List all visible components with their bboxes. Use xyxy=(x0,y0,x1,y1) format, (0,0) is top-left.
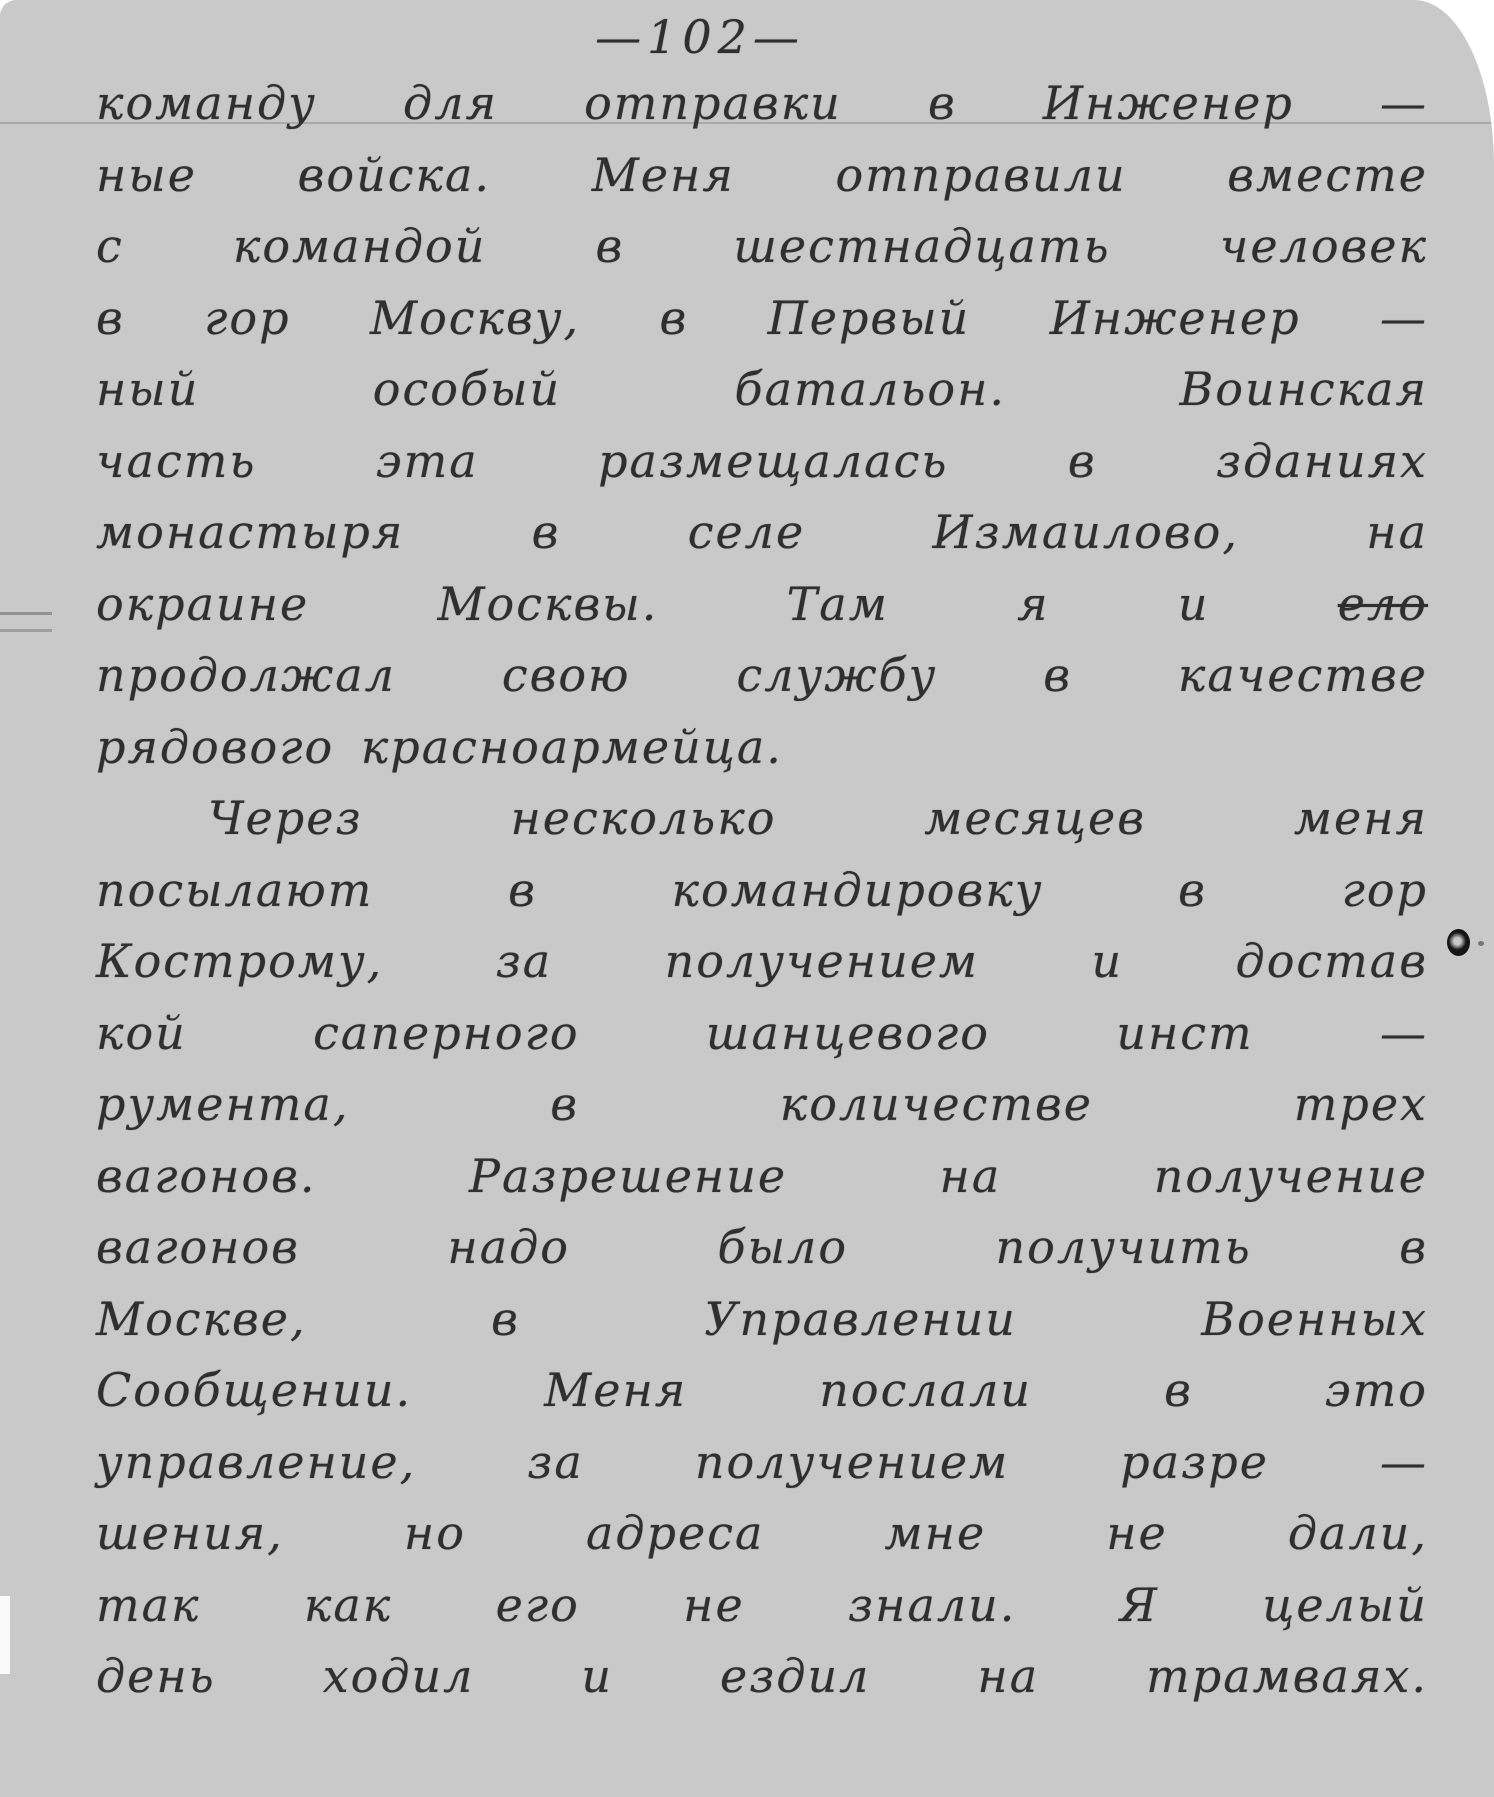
manuscript-page: —102— команду для отправки в Инженер —ны… xyxy=(0,0,1494,1797)
handwritten-line: день ходил и ездил на трамваях. xyxy=(96,1641,1428,1713)
handwritten-line: монастыря в селе Измаилово, на xyxy=(96,497,1428,569)
line-text: команду для отправки в Инженер — xyxy=(96,76,1428,130)
handwritten-line: шения, но адреса мне не дали, xyxy=(96,1498,1428,1570)
handwritten-line: окраине Москвы. Там я и ело xyxy=(96,569,1428,641)
line-text: окраине Москвы. Там я и xyxy=(96,577,1338,631)
line-text: шения, но адреса мне не дали, xyxy=(96,1506,1428,1560)
handwritten-line: продолжал свою службу в качестве xyxy=(96,640,1428,712)
struck-out-word: ело xyxy=(1338,577,1428,631)
line-text: посылают в командировку в гор xyxy=(96,863,1428,917)
line-text: управление, за получением разре — xyxy=(96,1435,1428,1489)
handwritten-line: команду для отправки в Инженер — xyxy=(96,68,1428,140)
handwritten-line: вагонов. Разрешение на получение xyxy=(96,1141,1428,1213)
line-text: Через несколько месяцев меня xyxy=(208,791,1428,845)
line-text: часть эта размещалась в зданиях xyxy=(96,434,1428,488)
line-text: вагонов. Разрешение на получение xyxy=(96,1149,1428,1203)
handwritten-line: управление, за получением разре — xyxy=(96,1427,1428,1499)
handwritten-line: кой саперного шанцевого инст — xyxy=(96,998,1428,1070)
line-text: румента, в количестве трех xyxy=(96,1077,1428,1131)
handwritten-line: ный особый батальон. Воинская xyxy=(96,354,1428,426)
line-text: Сообщении. Меня послали в это xyxy=(96,1363,1428,1417)
handwritten-line: так как его не знали. Я целый xyxy=(96,1570,1428,1642)
line-text: ный особый батальон. Воинская xyxy=(96,362,1428,416)
line-text: ные войска. Меня отправили вместе xyxy=(96,148,1428,202)
line-text: кой саперного шанцевого инст — xyxy=(96,1006,1428,1060)
line-text: вагонов надо было получить в xyxy=(96,1220,1428,1274)
handwritten-line: рядового красноармейца. xyxy=(96,712,1428,784)
handwritten-text-block: команду для отправки в Инженер —ные войс… xyxy=(96,68,1428,1713)
ink-blob xyxy=(1447,929,1470,956)
handwritten-line: ные войска. Меня отправили вместе xyxy=(96,140,1428,212)
handwritten-line: Москве, в Управлении Военных xyxy=(96,1284,1428,1356)
line-text: в гор Москву, в Первый Инженер — xyxy=(96,291,1428,345)
handwritten-line: вагонов надо было получить в xyxy=(96,1212,1428,1284)
handwritten-line: Кострому, за получением и достав xyxy=(96,926,1428,998)
line-text: Москве, в Управлении Военных xyxy=(96,1292,1428,1346)
scan-edge-sliver xyxy=(0,1596,10,1674)
handwritten-line: часть эта размещалась в зданиях xyxy=(96,426,1428,498)
line-text: день ходил и ездил на трамваях. xyxy=(96,1649,1428,1703)
line-text: монастыря в селе Измаилово, на xyxy=(96,505,1428,559)
handwritten-line: посылают в командировку в гор xyxy=(96,855,1428,927)
line-text: Кострому, за получением и достав xyxy=(96,934,1428,988)
scan-artifact-dashes xyxy=(0,612,52,632)
handwritten-line: румента, в количестве трех xyxy=(96,1069,1428,1141)
line-text: так как его не знали. Я целый xyxy=(96,1578,1428,1632)
ink-speck xyxy=(1478,941,1484,946)
handwritten-line: Сообщении. Меня послали в это xyxy=(96,1355,1428,1427)
handwritten-line: в гор Москву, в Первый Инженер — xyxy=(96,283,1428,355)
line-text: продолжал свою службу в качестве xyxy=(96,648,1428,702)
line-text: с командой в шестнадцать человек xyxy=(96,219,1428,273)
handwritten-line: с командой в шестнадцать человек xyxy=(96,211,1428,283)
handwritten-line: Через несколько месяцев меня xyxy=(96,783,1428,855)
line-text: рядового красноармейца. xyxy=(96,720,783,774)
page-number: —102— xyxy=(500,10,900,64)
